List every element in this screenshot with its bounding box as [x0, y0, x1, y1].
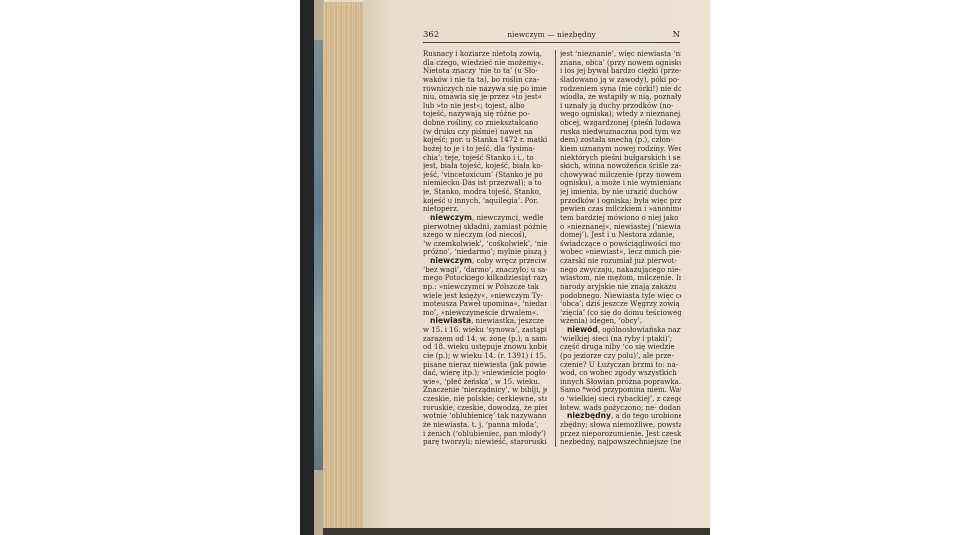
text-line: pisane nieraz niewiesta (jak powie- — [423, 361, 547, 370]
text-line: czeskie, nie polskie; cerkiewne, sta- — [423, 395, 547, 404]
text-line: dem) została snechą (p.), człon- — [560, 136, 681, 145]
text-line: ‘zięcia’ (co się do domu teściowego — [560, 309, 681, 318]
text-line: moteusza Paweł upomina«, ‘niedar- — [423, 300, 547, 309]
headword: niewczym — [430, 214, 472, 222]
book-page: 362 niewczym — niezbędny N Rusnacy i koz… — [363, 0, 710, 535]
headword: niewczym — [430, 257, 472, 265]
text-line: obcej, wzgardzonej (pieśń ludowa — [560, 119, 681, 128]
text-line: dla czego, wiedzieć nie możemy«. — [423, 59, 547, 68]
text-line: wego ogniska); wtedy z nieznanej, — [560, 110, 681, 119]
text-line: próżno’, ‘niedarmo’; mylnie piszą je — [423, 248, 547, 257]
text-line: pierwotnej składni, zamiast później- — [423, 223, 547, 232]
text-line: łotew. wads pożyczono; ne- dodano? — [560, 404, 681, 413]
text-line: wobec »niewiast«, lecz mnich pie- — [560, 248, 681, 257]
text-line: cie (p.); w wieku 14. (r. 1391) i 15. — [423, 352, 547, 361]
text-line: śladowano ją w zawody), póki po- — [560, 76, 681, 85]
text-line: szego w nieczym (od niecoś), — [423, 231, 547, 240]
page-edges — [323, 2, 363, 530]
text-line: narody aryjskie nie znają zakazu — [560, 283, 681, 292]
text-line: kojeść; por. u Stanka 1472 r. matki — [423, 136, 547, 145]
text-line: wiastom, nie mężom, milczenie. Inne — [560, 274, 681, 283]
text-line: niektórych pieśni bułgarskich i serb- — [560, 154, 681, 163]
text-line: ‘wielkiej sieci (na ryby i ptaki)’; — [560, 335, 681, 344]
text-line: bożej to je i to jeść, dla ‘lysima- — [423, 145, 547, 154]
text-line: wżenia) idegen, ‘obcy’. — [560, 317, 681, 326]
text-line: tem bardziej mówiono o niej jako — [560, 214, 681, 223]
text-line: czenie? U Łużyczan brzmi to: na- — [560, 361, 681, 370]
text-line: jest ‘nieznanie’, więc niewiasta ‘nie- — [560, 50, 681, 59]
text-line: przez nieporozumienie. Jest czeskie — [560, 430, 681, 439]
text-line: niemiecku Das ist przezwał); a to — [423, 179, 547, 188]
text-line: o ‘wielkiej sieci rybackiej’, z czego — [560, 395, 681, 404]
text-line: rodzeniem syna (nie córki!) nie do- — [560, 85, 681, 94]
text-line: jej imienia, by nie urazić duchów — [560, 188, 681, 197]
cover-cloth-strip — [314, 40, 323, 470]
text-line: chia’; teje, tojeść Stanko i i., to — [423, 154, 547, 163]
page-header: 362 niewczym — niezbędny N — [423, 30, 680, 43]
text-line: o »nieznanej«, niewiastej (‘niewia- — [560, 223, 681, 232]
text-line: waków i nie ta ta), bo roślin cza- — [423, 76, 547, 85]
text-line: i los jej bywał bardzo ciężki (prze- — [560, 67, 681, 76]
text-line: dobne rośliny, co zniekształcano — [423, 119, 547, 128]
text-line: (po jeziorze czy polu)’, ale prze- — [560, 352, 681, 361]
text-line: od 18. wieku ustępuje znowu kobie- — [423, 343, 547, 352]
text-line: nezbedný, najpowszechniejsze (ne- — [560, 438, 681, 447]
book-cover — [300, 0, 314, 535]
text-line: mo’, »niewczymeście drwalem«. — [423, 309, 547, 318]
text-line: parę tworzyli; niewieść, staroruskie, — [423, 438, 547, 447]
text-line: nego zwyczaju, nakazującego nie- — [560, 266, 681, 275]
text-line: zbędny; słowa niemożliwe, powstały — [560, 421, 681, 430]
text-line: np.: »niewczymci w Polszcze tak — [423, 283, 547, 292]
text-line: ‘w czemkolwiek’, ‘cośkolwiek’, ‘nie- — [423, 240, 547, 249]
text-line: Nietota znaczy ‘nie to ta’ (u Sło- — [423, 67, 547, 76]
book-scan: 362 niewczym — niezbędny N Rusnacy i koz… — [300, 0, 710, 535]
text-line: nietoperz. — [423, 205, 547, 214]
headword: niewiasta — [430, 317, 471, 325]
text-line: w 15. i 16. wieku ‘synowa’, zastąpiła — [423, 326, 547, 335]
text-line: wod, co wobec zgody wszystkich — [560, 369, 681, 378]
text-line: jeść, ‘vincetoxicum’ (Stanko je po — [423, 171, 547, 180]
text-line: domej’). Jest i u Nestora zdanie, — [560, 231, 681, 240]
text-line: Samo *wód przypomina niem. Wate, — [560, 386, 681, 395]
text-line: że niewiasta, t. j. ‘panna młoda’, — [423, 421, 547, 430]
bottom-shadow — [323, 528, 710, 535]
text-line: mego Potockiego kilkadziesiąt razy, — [423, 274, 547, 283]
headword: niewód — [567, 326, 598, 334]
text-line: Znaczenie ‘nierządnicy’, w biblji, jest — [423, 386, 547, 395]
text-line: czarski nie rozumiał już pierwot- — [560, 257, 681, 266]
text-line: ognisku), a może i nie wymieniano — [560, 179, 681, 188]
text-line: roruskie, czeskie, dowodzą, że pier- — [423, 404, 547, 413]
text-line: niewiasta, niewiastka, jeszcze — [423, 317, 547, 326]
text-line: wiele jest księży«, »niewczym Ty- — [423, 292, 547, 301]
text-line: część druga niby ‘co się wiedzie — [560, 343, 681, 352]
right-column: jest ‘nieznanie’, więc niewiasta ‘nie-zn… — [555, 50, 681, 447]
text-line: pewien czas milczkiem i »anonimem«, — [560, 205, 681, 214]
text-line: podobnego. Niewiasta tyle więc co — [560, 292, 681, 301]
text-line: niewczym, coby wręcz przeciwnie ‘nic’, — [423, 257, 547, 266]
text-line: przodków i ogniska: była więc przez — [560, 197, 681, 206]
text-line: i uznały ją duchy przodków (no- — [560, 102, 681, 111]
text-line: niewczym, niewczymci, wedle — [423, 214, 547, 223]
text-line: niu, omawia się je przez »to jest« — [423, 93, 547, 102]
text-line: zarazem od 14. w. żonę (p.), a sama — [423, 335, 547, 344]
text-line: tojeść, nazywają się różne po- — [423, 110, 547, 119]
text-line: (w druku czy piśmie) nawet na — [423, 128, 547, 137]
text-line: świadczące o powściągliwości mowy — [560, 240, 681, 249]
headword: niezbędny — [567, 412, 611, 420]
text-line: ‘obca’; dziś jeszcze Węgrzy zowią — [560, 300, 681, 309]
text-line: i żenich (‘oblubieniec, pan młody’) — [423, 430, 547, 439]
text-line: niezbędny, a do tego urobione — [560, 412, 681, 421]
text-line: chowywać milczenie (przy nowem — [560, 171, 681, 180]
text-line: jest, biała tojeść, kojeść, biała ko- — [423, 162, 547, 171]
text-line: znana, obca’ (przy nowem ognisku), — [560, 59, 681, 68]
text-line: je, Stanko, modra tojeść, Stanko, — [423, 188, 547, 197]
text-line: wotnie ‘oblubienicę’ tak nazywano, — [423, 412, 547, 421]
text-line: kiem uznanym nowej rodziny. Wedle — [560, 145, 681, 154]
text-line: skich, winna nowożeńca ściśle za- — [560, 162, 681, 171]
section-letter: N — [673, 30, 680, 40]
text-line: Rusnacy i koziarze nietotą zowią, — [423, 50, 547, 59]
left-column: Rusnacy i koziarze nietotą zowią,dla cze… — [423, 50, 547, 447]
text-line: niewód, ogólnosłowiańska nazwa — [560, 326, 681, 335]
text-line: innych Słowian próżna poprawka. — [560, 378, 681, 387]
text-line: wie«, ‘płeć żeńska’, w 15. wieku. — [423, 378, 547, 387]
running-title: niewczym — niezbędny — [423, 30, 680, 39]
text-line: dać, wierę itp.); »niewieście pogło- — [423, 369, 547, 378]
text-line: ‘bez wagi’, ‘darmo’, znaczyło; u sa- — [423, 266, 547, 275]
text-line: kojeść u innych, ‘aquilegia’. Por. — [423, 197, 547, 206]
text-line: ruska niedwuznaczna pod tym wzglę- — [560, 128, 681, 137]
text-line: rowniczych nie nazywa się po imie- — [423, 85, 547, 94]
text-line: wiodła, że wstąpiły w nią, poznały — [560, 93, 681, 102]
text-line: lub »to nie jest«; tojest, albo — [423, 102, 547, 111]
